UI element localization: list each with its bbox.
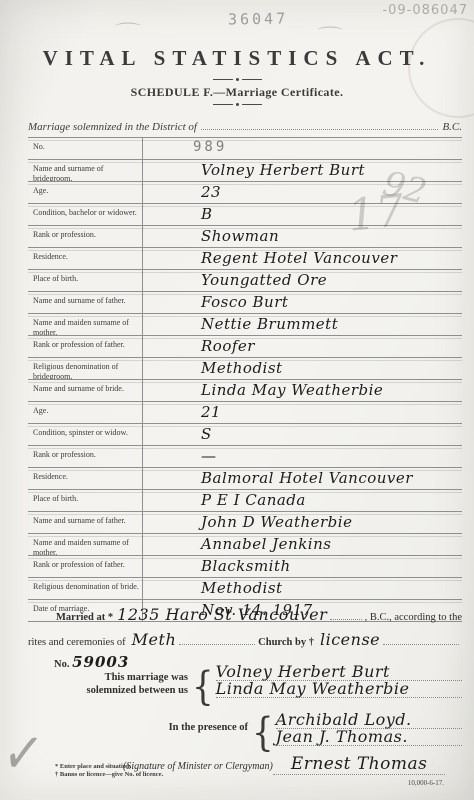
witness-signature: Jean J. Thomas.	[276, 729, 462, 746]
row-label: Religious denomination of bridegroom.	[28, 358, 143, 379]
church-by-value: license	[320, 632, 380, 648]
table-row: Religious denomination of bride. Methodi…	[28, 577, 462, 599]
print-code: 10,000-6-17.	[408, 779, 444, 787]
row-label: No.	[28, 138, 143, 159]
table-row: Age. 21	[28, 401, 462, 423]
row-value: 21	[143, 402, 462, 423]
row-label: Name and surname of father.	[28, 292, 143, 313]
serial-number-stamp: 36047	[228, 9, 288, 28]
row-label: Condition, bachelor or widower.	[28, 204, 143, 225]
row-value: 989	[143, 138, 462, 159]
footnotes: * Enter place and situation. † Banns or …	[55, 763, 163, 779]
film-number-stamp: -09-086047	[382, 3, 468, 18]
schedule-title: SCHEDULE F.—Marriage Certificate.	[0, 85, 474, 100]
married-at-label: Married at *	[56, 612, 113, 623]
declaration-section: Married at * 1235 Haro St Vancouver , B.…	[28, 605, 462, 775]
row-value: John D Weatherbie	[143, 512, 462, 533]
table-row: Rank or profession of father. Blacksmith	[28, 555, 462, 577]
table-row: Name and surname of father. Fosco Burt	[28, 291, 462, 313]
row-label: Age.	[28, 402, 143, 423]
witness-signatures: Archibald Loyd. Jean J. Thomas.	[276, 712, 462, 752]
row-label: Name and maiden surname of mother.	[28, 534, 143, 555]
licence-no-value: 59003	[72, 653, 129, 671]
brace-icon: {	[248, 711, 276, 755]
table-row: Name and surname of father. John D Weath…	[28, 511, 462, 533]
row-label: Place of birth.	[28, 490, 143, 511]
married-at-value: 1235 Haro St Vancouver	[117, 607, 327, 623]
blank-line	[330, 609, 361, 620]
brace-icon: {	[188, 665, 216, 709]
row-label: Religious denomination of bride.	[28, 578, 143, 599]
row-value: Methodist	[143, 358, 462, 379]
row-label: Name and surname of father.	[28, 512, 143, 533]
table-row: Religious denomination of bridegroom. Me…	[28, 357, 462, 379]
table-row: Residence. Balmoral Hotel Vancouver	[28, 467, 462, 489]
divider-ornament	[0, 78, 474, 81]
row-value: Methodist	[143, 578, 462, 599]
table-row: Condition, spinster or widow. S	[28, 423, 462, 445]
table-row: Name and maiden surname of mother. Netti…	[28, 313, 462, 335]
row-value: S	[143, 424, 462, 445]
divider-ornament	[0, 103, 474, 106]
table-row: Name and maiden surname of mother. Annab…	[28, 533, 462, 555]
row-value: Roofer	[143, 336, 462, 357]
row-label: Name and maiden surname of mother.	[28, 314, 143, 335]
presence-label: In the presence of	[28, 710, 248, 752]
footnote-1: * Enter place and situation.	[55, 763, 163, 771]
row-label: Rank or profession of father.	[28, 556, 143, 577]
table-row: Residence. Regent Hotel Vancouver	[28, 247, 462, 269]
table-row: Place of birth. P E I Canada	[28, 489, 462, 511]
marriage-certificate-page: ⌒ ⌒ 36047 -09-086047 VITAL STATISTICS AC…	[0, 0, 474, 800]
footnote-2: † Banns or licence—give No. of licence.	[55, 771, 163, 779]
row-label: Rank or profession of father.	[28, 336, 143, 357]
bride-signature: Linda May Weatherbie	[216, 681, 462, 698]
table-row: No. 989	[28, 137, 462, 159]
solemnized-left: No. 59003 This marriage was solemnized b…	[28, 654, 188, 706]
row-label: Residence.	[28, 468, 143, 489]
couple-signatures: Volney Herbert Burt Linda May Weatherbie	[216, 664, 462, 706]
presence-block: In the presence of { Archibald Loyd. Jea…	[28, 710, 462, 752]
rites-label: rites and ceremonies of	[28, 637, 126, 648]
rites-line: rites and ceremonies of Meth Church by †…	[28, 632, 462, 648]
scan-artifact-mark: ⌒	[317, 22, 343, 45]
solemnized-block: No. 59003 This marriage was solemnized b…	[28, 654, 462, 706]
row-value: Balmoral Hotel Vancouver	[143, 468, 462, 489]
licence-no-label: No.	[54, 659, 69, 670]
solemnized-text-line2: solemnized between us	[28, 684, 188, 697]
page-title: VITAL STATISTICS ACT.	[0, 46, 474, 71]
row-value: Nettie Brummett	[143, 314, 462, 335]
row-label: Rank or profession.	[28, 226, 143, 247]
blank-line	[179, 634, 255, 645]
solemnized-text-line1: This marriage was	[28, 671, 188, 684]
row-label: Name and surname of bride.	[28, 380, 143, 401]
pencil-mark: 17	[345, 185, 406, 242]
pencil-checkmark: ✓	[0, 716, 47, 791]
row-value: Fosco Burt	[143, 292, 462, 313]
table-row: Place of birth. Youngatted Ore	[28, 269, 462, 291]
licence-no-line: No. 59003	[28, 654, 188, 670]
row-label: Name and surname of bridegroom.	[28, 160, 143, 181]
district-blank-line	[201, 117, 438, 130]
table-row: Rank or profession of father. Roofer	[28, 335, 462, 357]
minister-signature: Ernest Thomas	[273, 754, 446, 775]
rites-value: Meth	[132, 632, 177, 648]
district-label: Marriage solemnized in the District of	[28, 121, 197, 133]
row-value: Youngatted Ore	[143, 270, 462, 291]
row-label: Condition, spinster or widow.	[28, 424, 143, 445]
row-value: Regent Hotel Vancouver	[143, 248, 462, 269]
table-row: Name and surname of bride. Linda May Wea…	[28, 379, 462, 401]
row-value: Linda May Weatherbie	[143, 380, 462, 401]
row-value: Blacksmith	[143, 556, 462, 577]
row-value: —	[143, 446, 462, 467]
row-label: Residence.	[28, 248, 143, 269]
church-by-label: Church by †	[258, 637, 314, 648]
row-value: Showman	[143, 226, 462, 247]
row-value: P E I Canada	[143, 490, 462, 511]
row-label: Age.	[28, 182, 143, 203]
district-bc-label: B.C.	[442, 121, 462, 133]
row-value: Annabel Jenkins	[143, 534, 462, 555]
row-label: Place of birth.	[28, 270, 143, 291]
scan-artifact-mark: ⌒	[115, 18, 141, 41]
blank-line	[383, 634, 459, 645]
district-line: Marriage solemnized in the District of B…	[28, 117, 462, 133]
table-row: Rank or profession. —	[28, 445, 462, 467]
row-label: Rank or profession.	[28, 446, 143, 467]
married-at-suffix: , B.C., according to the	[365, 612, 462, 623]
married-at-line: Married at * 1235 Haro St Vancouver , B.…	[28, 607, 462, 623]
